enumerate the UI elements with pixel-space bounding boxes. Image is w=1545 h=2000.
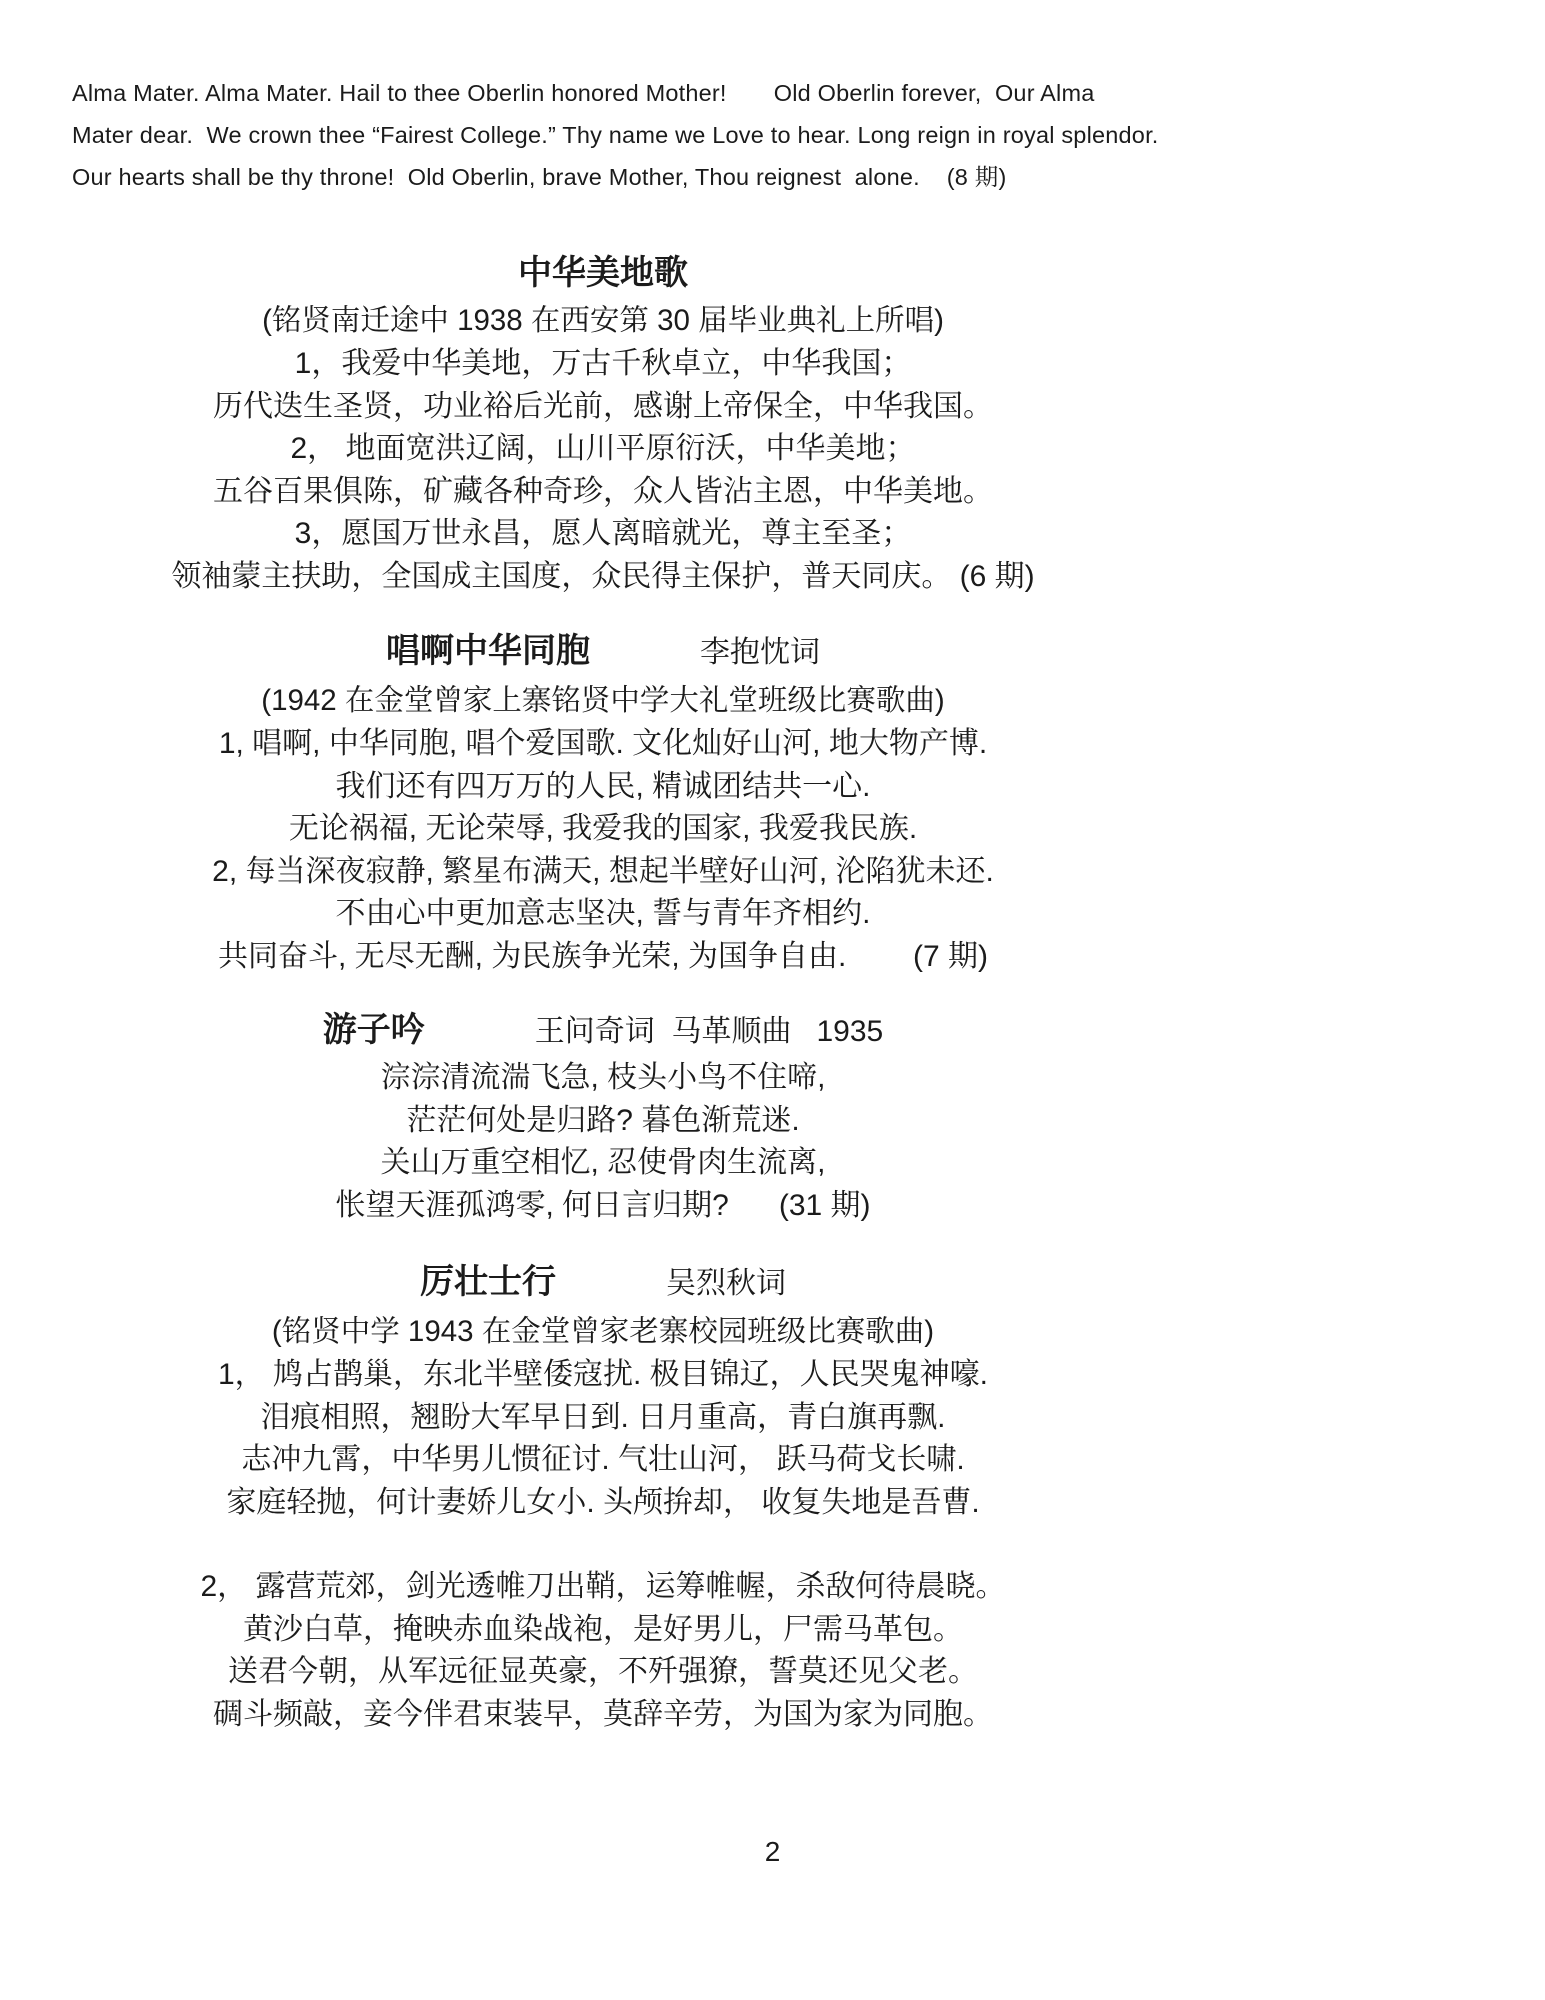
song-title-line: 厉壮士行吴烈秋词: [72, 1257, 1134, 1309]
document-page: Alma Mater. Alma Mater. Hail to thee Obe…: [0, 0, 1545, 2000]
lyric-line: 无论祸福, 无论荣辱, 我爱我的国家, 我爱我民族.: [72, 808, 1134, 851]
song-credit: 李抱忱词: [700, 636, 820, 669]
lyric-line: 志冲九霄，中华男儿惯征讨. 气壮山河， 跃马荷戈长啸.: [72, 1439, 1134, 1482]
song-subtitle: (1942 在金堂曾家上寨铭贤中学大礼堂班级比赛歌曲): [72, 678, 1134, 723]
lyric-line: 领袖蒙主扶助，全国成主国度，众民得主保护，普天同庆。 (6 期): [72, 556, 1134, 599]
song-lyrics: 淙淙清流湍飞急, 枝头小鸟不住啼,茫茫何处是归路? 暮色渐荒迷.关山万重空相忆,…: [72, 1057, 1134, 1227]
page-content: Alma Mater. Alma Mater. Hail to thee Obe…: [72, 72, 1134, 1736]
alma-mater-paragraph: Alma Mater. Alma Mater. Hail to thee Obe…: [72, 72, 1134, 198]
lyric-line: 泪痕相照，翘盼大军早日到. 日月重高，青白旗再飘.: [72, 1397, 1134, 1440]
verse-gap: [72, 1524, 1134, 1566]
lyric-line: 我们还有四万万的人民, 精诚团结共一心.: [72, 766, 1134, 809]
song-title-line: 中华美地歌: [72, 248, 1134, 298]
lyric-line: 黄沙白草，掩映赤血染战袍，是好男儿，尸需马革包。: [72, 1609, 1134, 1652]
lyric-line: 2， 露营荒郊，剑光透帷刀出鞘，运筹帷幄，杀敌何待晨晓。: [72, 1566, 1134, 1609]
song-subtitle: (铭贤中学 1943 在金堂曾家老寨校园班级比赛歌曲): [72, 1309, 1134, 1354]
song-lyrics: 1, 唱啊, 中华同胞, 唱个爱国歌. 文化灿好山河, 地大物产博.我们还有四万…: [72, 723, 1134, 978]
english-text-line: Alma Mater. Alma Mater. Hail to thee Obe…: [72, 72, 1134, 114]
lyric-line: 关山万重空相忆, 忍使骨肉生流离,: [72, 1142, 1134, 1185]
song-title: 中华美地歌: [518, 254, 688, 292]
lyric-line: 五谷百果俱陈，矿藏各种奇珍，众人皆沾主恩，中华美地。: [72, 471, 1134, 514]
song-section-chang-a-zhonghua-tongbao: 唱啊中华同胞李抱忱词 (1942 在金堂曾家上寨铭贤中学大礼堂班级比赛歌曲) 1…: [72, 626, 1134, 978]
lyric-line: 2, 每当深夜寂静, 繁星布满天, 想起半壁好山河, 沦陷犹未还.: [72, 851, 1134, 894]
song-lyrics: 1，我爱中华美地，万古千秋卓立，中华我国；历代迭生圣贤，功业裕后光前，感谢上帝保…: [72, 343, 1134, 598]
song-section-youzi-yin: 游子吟王问奇词 马革顺曲 1935 淙淙清流湍飞急, 枝头小鸟不住啼,茫茫何处是…: [72, 1005, 1134, 1227]
lyric-line: 1， 鸠占鹊巢，东北半壁倭寇扰. 极目锦辽，人民哭鬼神嚎.: [72, 1354, 1134, 1397]
song-credit: 吴烈秋词: [666, 1267, 786, 1300]
lyric-line: 3，愿国万世永昌，愿人离暗就光，尊主至圣；: [72, 513, 1134, 556]
lyric-line: 茫茫何处是归路? 暮色渐荒迷.: [72, 1100, 1134, 1143]
song-verse-2: 2， 露营荒郊，剑光透帷刀出鞘，运筹帷幄，杀敌何待晨晓。黄沙白草，掩映赤血染战袍…: [72, 1566, 1134, 1736]
lyric-line: 家庭轻抛，何计妻娇儿女小. 头颅拚却， 收复失地是吾曹.: [72, 1482, 1134, 1525]
english-text-line: Our hearts shall be thy throne! Old Ober…: [72, 156, 1134, 198]
song-verse-1: 1， 鸠占鹊巢，东北半壁倭寇扰. 极目锦辽，人民哭鬼神嚎.泪痕相照，翘盼大军早日…: [72, 1354, 1134, 1524]
lyric-line: 淙淙清流湍飞急, 枝头小鸟不住啼,: [72, 1057, 1134, 1100]
lyric-line: 碉斗频敲，妾今伴君束装早，莫辞辛劳，为国为家为同胞。: [72, 1694, 1134, 1737]
song-title: 唱啊中华同胞: [386, 632, 590, 670]
song-subtitle: (铭贤南迁途中 1938 在西安第 30 届毕业典礼上所唱): [72, 298, 1134, 343]
song-section-li-zhuangshi-xing: 厉壮士行吴烈秋词 (铭贤中学 1943 在金堂曾家老寨校园班级比赛歌曲) 1， …: [72, 1257, 1134, 1736]
lyric-line: 2， 地面宽洪辽阔，山川平原衍沃，中华美地；: [72, 428, 1134, 471]
song-section-zhonghua-meidi-ge: 中华美地歌 (铭贤南迁途中 1938 在西安第 30 届毕业典礼上所唱) 1，我…: [72, 248, 1134, 598]
lyric-line: 共同奋斗, 无尽无酬, 为民族争光荣, 为国争自由. (7 期): [72, 936, 1134, 979]
lyric-line: 历代迭生圣贤，功业裕后光前，感谢上帝保全，中华我国。: [72, 386, 1134, 429]
lyric-line: 1，我爱中华美地，万古千秋卓立，中华我国；: [72, 343, 1134, 386]
song-title: 游子吟: [323, 1011, 425, 1049]
song-credit: 王问奇词 马革顺曲 1935: [535, 1015, 883, 1048]
page-number: 2: [0, 1836, 1545, 1868]
lyric-line: 1, 唱啊, 中华同胞, 唱个爱国歌. 文化灿好山河, 地大物产博.: [72, 723, 1134, 766]
song-title-line: 游子吟王问奇词 马革顺曲 1935: [72, 1005, 1134, 1057]
song-title: 厉壮士行: [420, 1263, 556, 1301]
song-title-line: 唱啊中华同胞李抱忱词: [72, 626, 1134, 678]
lyric-line: 怅望天涯孤鸿零, 何日言归期? (31 期): [72, 1185, 1134, 1228]
english-text-line: Mater dear. We crown thee “Fairest Colle…: [72, 114, 1134, 156]
lyric-line: 不由心中更加意志坚决, 誓与青年齐相约.: [72, 893, 1134, 936]
lyric-line: 送君今朝，从军远征显英豪，不歼强獠，誓莫还见父老。: [72, 1651, 1134, 1694]
